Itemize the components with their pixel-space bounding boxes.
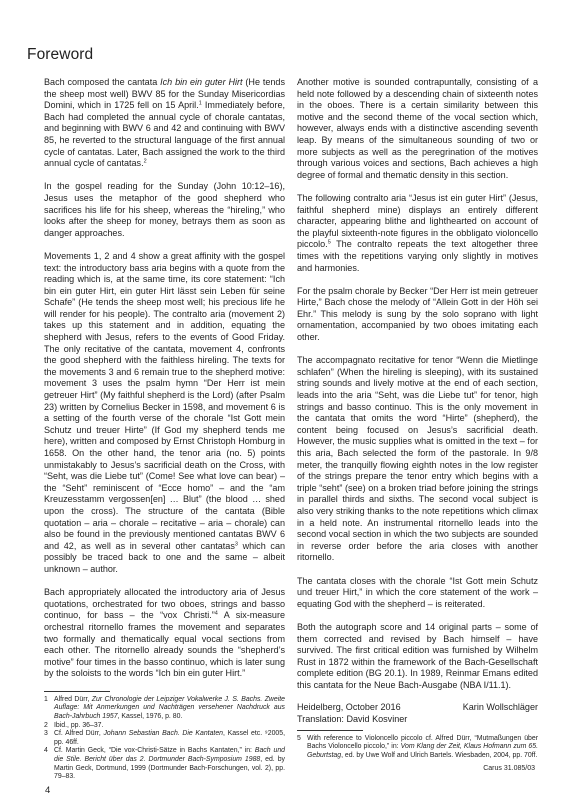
footnote: 2Ibid., pp. 36–37.: [44, 722, 285, 731]
signature-line: Heidelberg, October 2016 Karin Wollschlä…: [297, 702, 538, 714]
footnote: 1Alfred Dürr, Zur Chronologie der Leipzi…: [44, 696, 285, 722]
footnote-ref: 4: [215, 611, 218, 617]
footnote-text: With reference to Violoncello piccolo cf…: [307, 735, 538, 761]
paragraph: In the gospel reading for the Sunday (Jo…: [44, 181, 285, 239]
footnote-ref: 3: [235, 541, 238, 547]
right-column: Another motive is sounded contrapuntally…: [297, 77, 538, 760]
footnote: 5With reference to Violoncello piccolo c…: [297, 735, 538, 761]
footnote-ref: 5: [328, 240, 331, 246]
footnote-number: 5: [297, 735, 307, 761]
footnote-text: Cf. Martin Geck, “Die vox-Christi-Sätze …: [54, 747, 285, 781]
paragraph: The following contralto aria “Jesus ist …: [297, 193, 538, 274]
footnote-divider: [297, 730, 363, 731]
left-column: Bach composed the cantata Ich bin ein gu…: [44, 77, 285, 782]
footnote-ref: 1: [199, 101, 202, 107]
author-name: Karin Wollschläger: [463, 702, 538, 714]
left-footnotes: 1Alfred Dürr, Zur Chronologie der Leipzi…: [44, 696, 285, 782]
footnote-number: 4: [44, 747, 54, 781]
paragraph: Movements 1, 2 and 4 show a great affini…: [44, 251, 285, 576]
footnote-text: Cf. Alfred Dürr, Johann Sebastian Bach. …: [54, 730, 285, 747]
footnote-ref: 2: [144, 159, 147, 165]
catalog-code: Carus 31.085/03: [483, 765, 535, 772]
left-body: Bach composed the cantata Ich bin ein gu…: [44, 77, 285, 680]
translation-line: Translation: David Kosviner: [297, 714, 538, 726]
page-title: Foreword: [27, 46, 93, 64]
paragraph: For the psalm chorale by Becker “Der Her…: [297, 286, 538, 344]
translator: Translation: David Kosviner: [297, 714, 407, 726]
page-number: 4: [45, 785, 50, 796]
footnote: 4Cf. Martin Geck, “Die vox-Christi-Sätze…: [44, 747, 285, 781]
footnote-number: 3: [44, 730, 54, 747]
paragraph: Bach appropriately allocated the introdu…: [44, 587, 285, 680]
paragraph: Bach composed the cantata Ich bin ein gu…: [44, 77, 285, 170]
footnote-number: 1: [44, 696, 54, 722]
footnote-text: Ibid., pp. 36–37.: [54, 722, 285, 731]
footnote: 3Cf. Alfred Dürr, Johann Sebastian Bach.…: [44, 730, 285, 747]
paragraph: The cantata closes with the chorale “Ist…: [297, 576, 538, 611]
footnote-divider: [44, 691, 110, 692]
place-date: Heidelberg, October 2016: [297, 702, 401, 714]
footnote-number: 2: [44, 722, 54, 731]
right-footnotes: 5With reference to Violoncello piccolo c…: [297, 735, 538, 761]
paragraph: Both the autograph score and 14 original…: [297, 622, 538, 692]
paragraph: Another motive is sounded contrapuntally…: [297, 77, 538, 181]
footnote-text: Alfred Dürr, Zur Chronologie der Leipzig…: [54, 696, 285, 722]
paragraph: The accompagnato recitative for tenor “W…: [297, 355, 538, 564]
right-body: Another motive is sounded contrapuntally…: [297, 77, 538, 691]
